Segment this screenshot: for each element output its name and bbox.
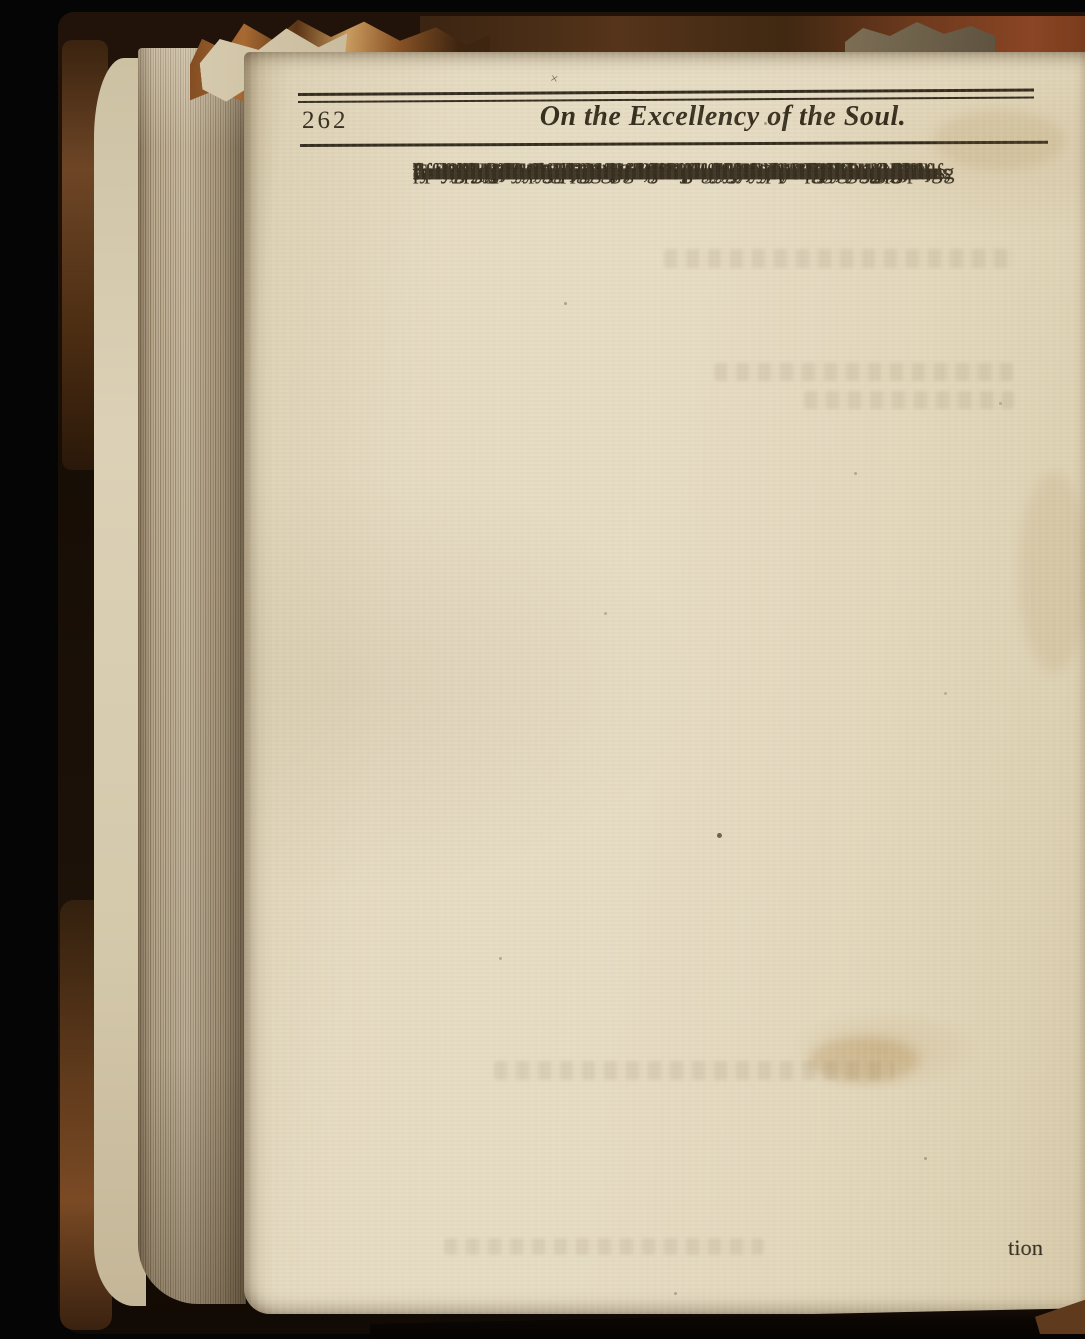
text-line: and yet loſe them; the loſs of the ſoul … (413, 157, 937, 186)
catchword: tion (413, 1235, 1047, 1261)
ink-bleedthrough (664, 249, 1014, 268)
paper-grain-overlay (244, 52, 1085, 1314)
stray-ink-mark: × (548, 71, 559, 88)
ink-bleedthrough (804, 391, 1014, 409)
page-stain (1019, 472, 1085, 672)
book-photo: 262 On the Excellency of the Soul. × wou… (0, 0, 1085, 1339)
page-number: 262 (302, 107, 382, 135)
page-stain (809, 1037, 919, 1083)
header-rule-top-outer (298, 89, 1034, 96)
ink-bleedthrough (714, 363, 1014, 381)
page-block-fore-edge (138, 48, 246, 1304)
book-page: 262 On the Excellency of the Soul. × wou… (244, 52, 1085, 1314)
paper-specks (244, 52, 247, 55)
